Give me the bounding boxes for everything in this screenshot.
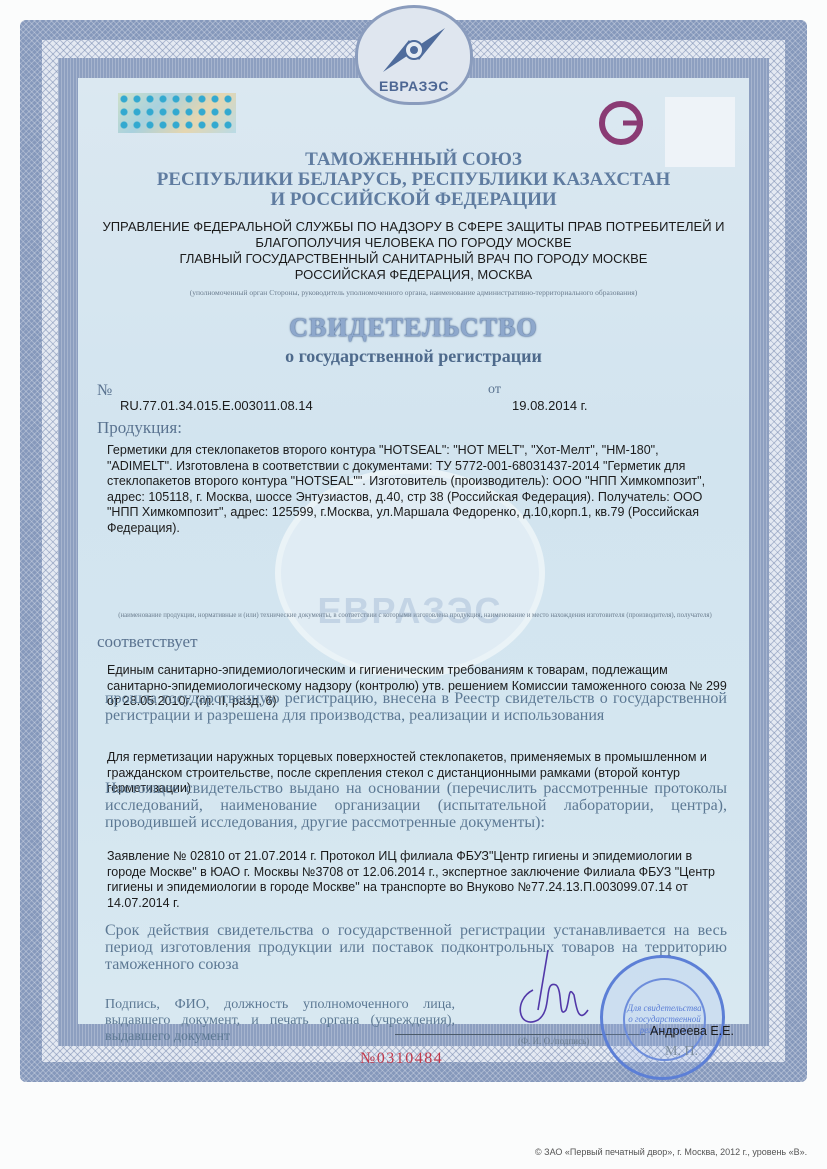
basis-label: Настоящее свидетельство выдано на основа… [105,780,727,831]
handwritten-signature-icon [508,950,598,1050]
eurasec-emblem: ЕВРАЗЭС [355,5,473,105]
product-caption: (наименование продукции, нормативные и (… [95,612,735,619]
union-line-2: РЕСПУБЛИКИ БЕЛАРУСЬ, РЕСПУБЛИКИ КАЗАХСТА… [90,170,737,190]
authority-line-2: БЛАГОПОЛУЧИЯ ЧЕЛОВЕКА ПО ГОРОДУ МОСКВЕ [90,235,737,251]
se-conformity-mark-icon [585,96,657,150]
basis-text: Заявление № 02810 от 21.07.2014 г. Прото… [107,849,727,911]
watermark-label: ЕВРАЗЭС [317,590,502,632]
blank-serial-number: №0310484 [360,1050,443,1068]
signatory-name: Андреева Е.Е. [650,1024,734,1038]
authority-line-4: РОССИЙСКАЯ ФЕДЕРАЦИЯ, МОСКВА [90,267,737,283]
union-line-1: ТАМОЖЕННЫЙ СОЮЗ [90,150,737,170]
authority-line-1: УПРАВЛЕНИЕ ФЕДЕРАЛЬНОЙ СЛУЖБЫ ПО НАДЗОРУ… [90,219,737,235]
authority-line-3: ГЛАВНЫЙ ГОСУДАРСТВЕННЫЙ САНИТАРНЫЙ ВРАЧ … [90,251,737,267]
product-description: Герметики для стеклопакетов второго конт… [107,443,727,536]
authority-caption: (уполномоченный орган Стороны, руководит… [90,288,737,297]
certificate-title: СВИДЕТЕЛЬСТВО [90,313,737,343]
printer-copyright: © ЗАО «Первый печатный двор», г. Москва,… [535,1147,807,1157]
hologram-sticker [118,93,236,133]
eurasec-logo-icon [379,26,449,76]
date-label: от [488,382,501,398]
registration-number: RU.77.01.34.015.E.003011.08.14 [120,398,313,413]
union-line-3: И РОССИЙСКОЙ ФЕДЕРАЦИИ [90,190,737,210]
signature-caption: Подпись, ФИО, должность уполномоченного … [105,997,455,1045]
union-title: ТАМОЖЕННЫЙ СОЮЗ РЕСПУБЛИКИ БЕЛАРУСЬ, РЕС… [90,150,737,210]
number-label: № [97,382,112,400]
product-label: Продукция: [97,418,182,438]
emblem-label: ЕВРАЗЭС [379,78,449,94]
certificate-subtitle: о государственной регистрации [90,346,737,367]
signature-line-caption: (Ф. И. О./подпись) [518,1036,589,1046]
official-seal: Для свидетельства о государственной реги… [600,955,725,1080]
registration-date: 19.08.2014 г. [512,398,587,413]
registry-text: прошла государственную регистрацию, внес… [105,690,727,724]
seal-place-label: М. П. [665,1044,698,1060]
authority-block: УПРАВЛЕНИЕ ФЕДЕРАЛЬНОЙ СЛУЖБЫ ПО НАДЗОРУ… [90,219,737,283]
compliance-label: соответствует [97,632,198,652]
